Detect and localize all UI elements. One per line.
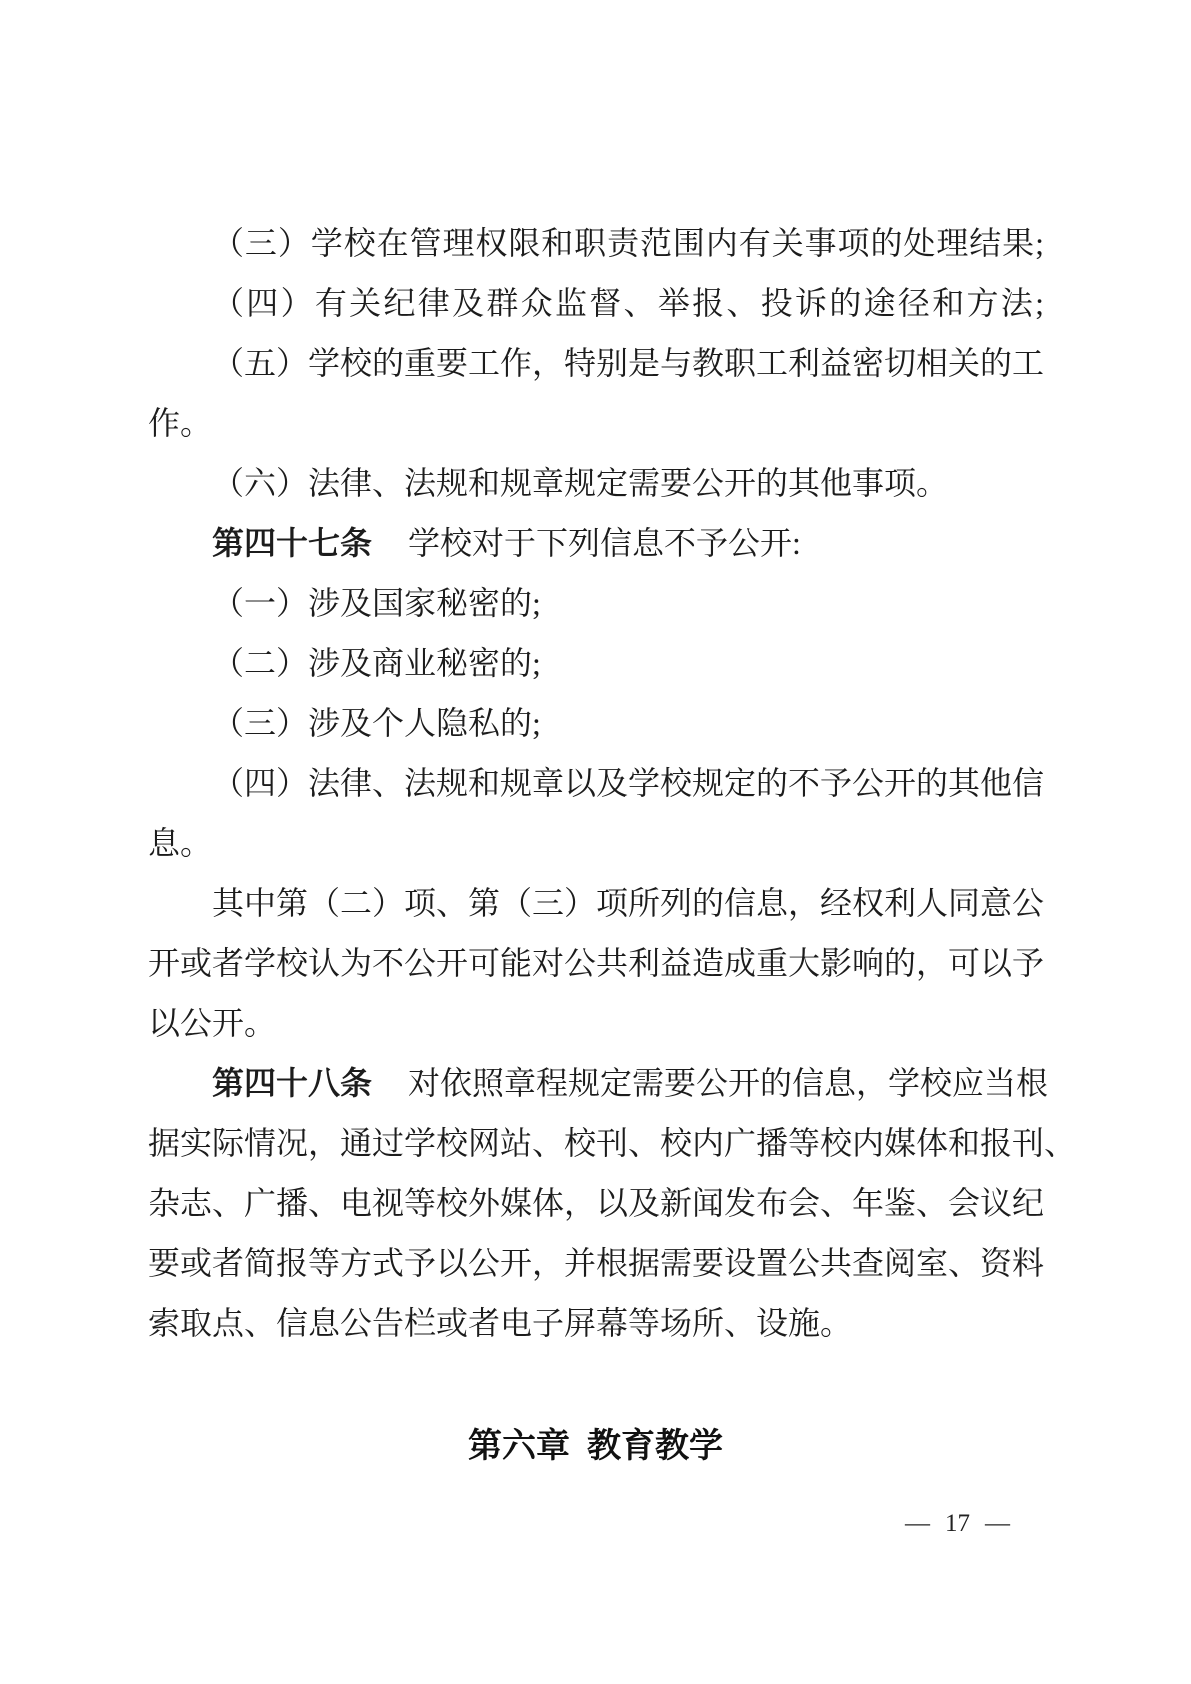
text-block: （三）学校在管理权限和职责范围内有关事项的处理结果;（四）有关纪律及群众监督、举… bbox=[148, 213, 1044, 1353]
chapter-name: 教育教学 bbox=[587, 1426, 723, 1466]
text-segment: 开或者学校认为不公开可能对公共利益造成重大影响的，可以予 bbox=[148, 945, 1044, 981]
document-line: 要或者简报等方式予以公开，并根据需要设置公共查阅室、资料 bbox=[148, 1233, 1044, 1293]
text-segment: （六）法律、法规和规章规定需要公开的其他事项。 bbox=[212, 465, 948, 501]
text-segment: 学校对于下列信息不予公开: bbox=[408, 525, 801, 561]
document-line: （一）涉及国家秘密的; bbox=[148, 573, 1044, 633]
document-line: 索取点、信息公告栏或者电子屏幕等场所、设施。 bbox=[148, 1293, 1044, 1353]
page-number: — 17 — bbox=[905, 1506, 1010, 1542]
document-page: （三）学校在管理权限和职责范围内有关事项的处理结果;（四）有关纪律及群众监督、举… bbox=[0, 0, 1191, 1684]
page-number-dash-left: — bbox=[905, 1506, 930, 1542]
text-segment: 要或者简报等方式予以公开，并根据需要设置公共查阅室、资料 bbox=[148, 1245, 1044, 1281]
document-line: （三）学校在管理权限和职责范围内有关事项的处理结果; bbox=[148, 213, 1044, 273]
article-number-term: 第四十八条 bbox=[212, 1065, 372, 1101]
document-line: 开或者学校认为不公开可能对公共利益造成重大影响的，可以予 bbox=[148, 933, 1044, 993]
text-segment: （三）涉及个人隐私的; bbox=[212, 705, 541, 741]
text-segment: （一）涉及国家秘密的; bbox=[212, 585, 541, 621]
text-segment: 息。 bbox=[148, 825, 212, 861]
document-line: 第四十八条对依照章程规定需要公开的信息，学校应当根 bbox=[148, 1053, 1044, 1113]
text-segment: 以公开。 bbox=[148, 1005, 276, 1041]
document-line: 第四十七条学校对于下列信息不予公开: bbox=[148, 513, 1044, 573]
text-segment: （三）学校在管理权限和职责范围内有关事项的处理结果; bbox=[212, 225, 1044, 261]
page-number-value: 17 bbox=[945, 1506, 970, 1542]
text-segment: 其中第（二）项、第（三）项所列的信息，经权利人同意公 bbox=[212, 885, 1044, 921]
document-line: 其中第（二）项、第（三）项所列的信息，经权利人同意公 bbox=[148, 873, 1044, 933]
article-number-term: 第四十七条 bbox=[212, 525, 372, 561]
document-line: 作。 bbox=[148, 393, 1044, 453]
document-line: （二）涉及商业秘密的; bbox=[148, 633, 1044, 693]
text-segment: （二）涉及商业秘密的; bbox=[212, 645, 541, 681]
document-line: （四）有关纪律及群众监督、举报、投诉的途径和方法; bbox=[148, 273, 1044, 333]
text-segment: 对依照章程规定需要公开的信息，学校应当根 bbox=[408, 1065, 1048, 1101]
document-line: （四）法律、法规和规章以及学校规定的不予公开的其他信 bbox=[148, 753, 1044, 813]
document-line: 杂志、广播、电视等校外媒体，以及新闻发布会、年鉴、会议纪 bbox=[148, 1173, 1044, 1233]
chapter-part: 第六章 bbox=[468, 1426, 570, 1466]
document-line: 据实际情况，通过学校网站、校刊、校内广播等校内媒体和报刊、 bbox=[148, 1113, 1044, 1173]
text-segment: （五）学校的重要工作，特别是与教职工利益密切相关的工 bbox=[212, 345, 1044, 381]
document-line: 息。 bbox=[148, 813, 1044, 873]
text-segment: （四）有关纪律及群众监督、举报、投诉的途径和方法; bbox=[212, 285, 1044, 321]
document-line: （五）学校的重要工作，特别是与教职工利益密切相关的工 bbox=[148, 333, 1044, 393]
text-segment: 据实际情况，通过学校网站、校刊、校内广播等校内媒体和报刊、 bbox=[148, 1125, 1076, 1161]
page-number-dash-right: — bbox=[985, 1506, 1010, 1542]
chapter-heading: 第六章 教育教学 bbox=[0, 1426, 1191, 1466]
document-line: 以公开。 bbox=[148, 993, 1044, 1053]
document-line: （三）涉及个人隐私的; bbox=[148, 693, 1044, 753]
text-segment: （四）法律、法规和规章以及学校规定的不予公开的其他信 bbox=[212, 765, 1044, 801]
text-segment: 杂志、广播、电视等校外媒体，以及新闻发布会、年鉴、会议纪 bbox=[148, 1185, 1044, 1221]
text-segment: 索取点、信息公告栏或者电子屏幕等场所、设施。 bbox=[148, 1305, 852, 1341]
text-segment: 作。 bbox=[148, 405, 212, 441]
document-line: （六）法律、法规和规章规定需要公开的其他事项。 bbox=[148, 453, 1044, 513]
